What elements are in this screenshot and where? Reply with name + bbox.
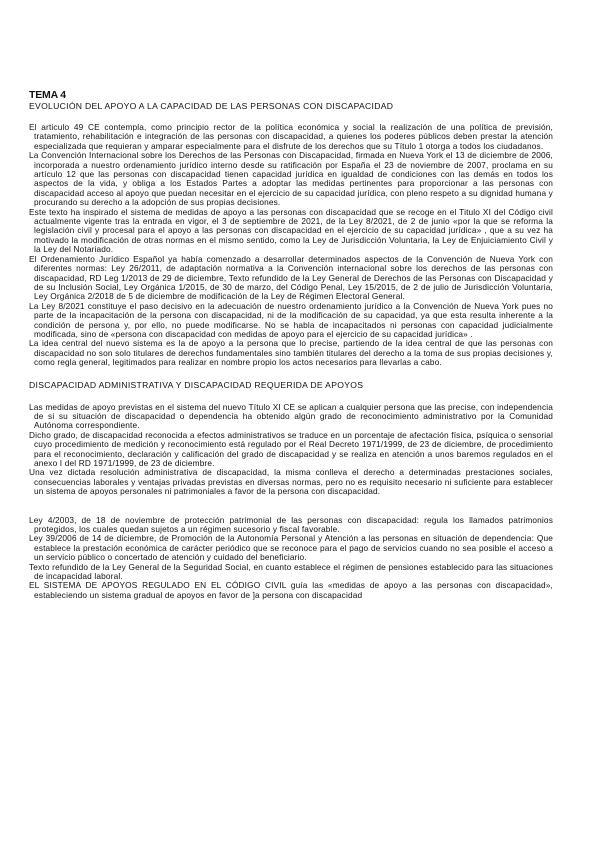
section-2: Las medidas de apoyo previstas en el sis… xyxy=(29,403,553,497)
document-title: EVOLUCIÓN DEL APOYO A LA CAPACIDAD DE LA… xyxy=(29,101,553,111)
paragraph: La idea central del nuevo sistema es la … xyxy=(29,339,553,367)
paragraph: La Ley 8/2021 constituye el paso decisiv… xyxy=(29,302,553,340)
paragraph: El Ordenamiento Jurídico Español ya habí… xyxy=(29,255,553,302)
paragraph: EL SISTEMA DE APOYOS REGULADO EN EL CÓDI… xyxy=(29,581,553,600)
section-heading: DISCAPACIDAD ADMINISTRATIVA Y DISCAPACID… xyxy=(29,380,553,390)
spacer xyxy=(29,497,553,516)
document-page: TEMA 4 EVOLUCIÓN DEL APOYO A LA CAPACIDA… xyxy=(29,90,553,600)
paragraph: Dicho grado, de discapacidad reconocida … xyxy=(29,431,553,469)
paragraph: Ley 4/2003, de 18 de noviembre de protec… xyxy=(29,516,553,535)
paragraph: Este texto ha inspirado el sistema de me… xyxy=(29,208,553,255)
section-3: Ley 4/2003, de 18 de noviembre de protec… xyxy=(29,516,553,601)
paragraph: Las medidas de apoyo previstas en el sis… xyxy=(29,403,553,431)
section-1: El articulo 49 CE contempla, como princi… xyxy=(29,123,553,368)
paragraph: La Convención Internacional sobre los De… xyxy=(29,151,553,207)
paragraph: Ley 39/2006 de 14 de diciembre, de Promo… xyxy=(29,534,553,562)
paragraph: El articulo 49 CE contempla, como princi… xyxy=(29,123,553,151)
paragraph: Una vez dictada resolución administrativ… xyxy=(29,468,553,496)
paragraph: Texto refundido de la Ley General de la … xyxy=(29,563,553,582)
chapter-label: TEMA 4 xyxy=(29,90,553,101)
